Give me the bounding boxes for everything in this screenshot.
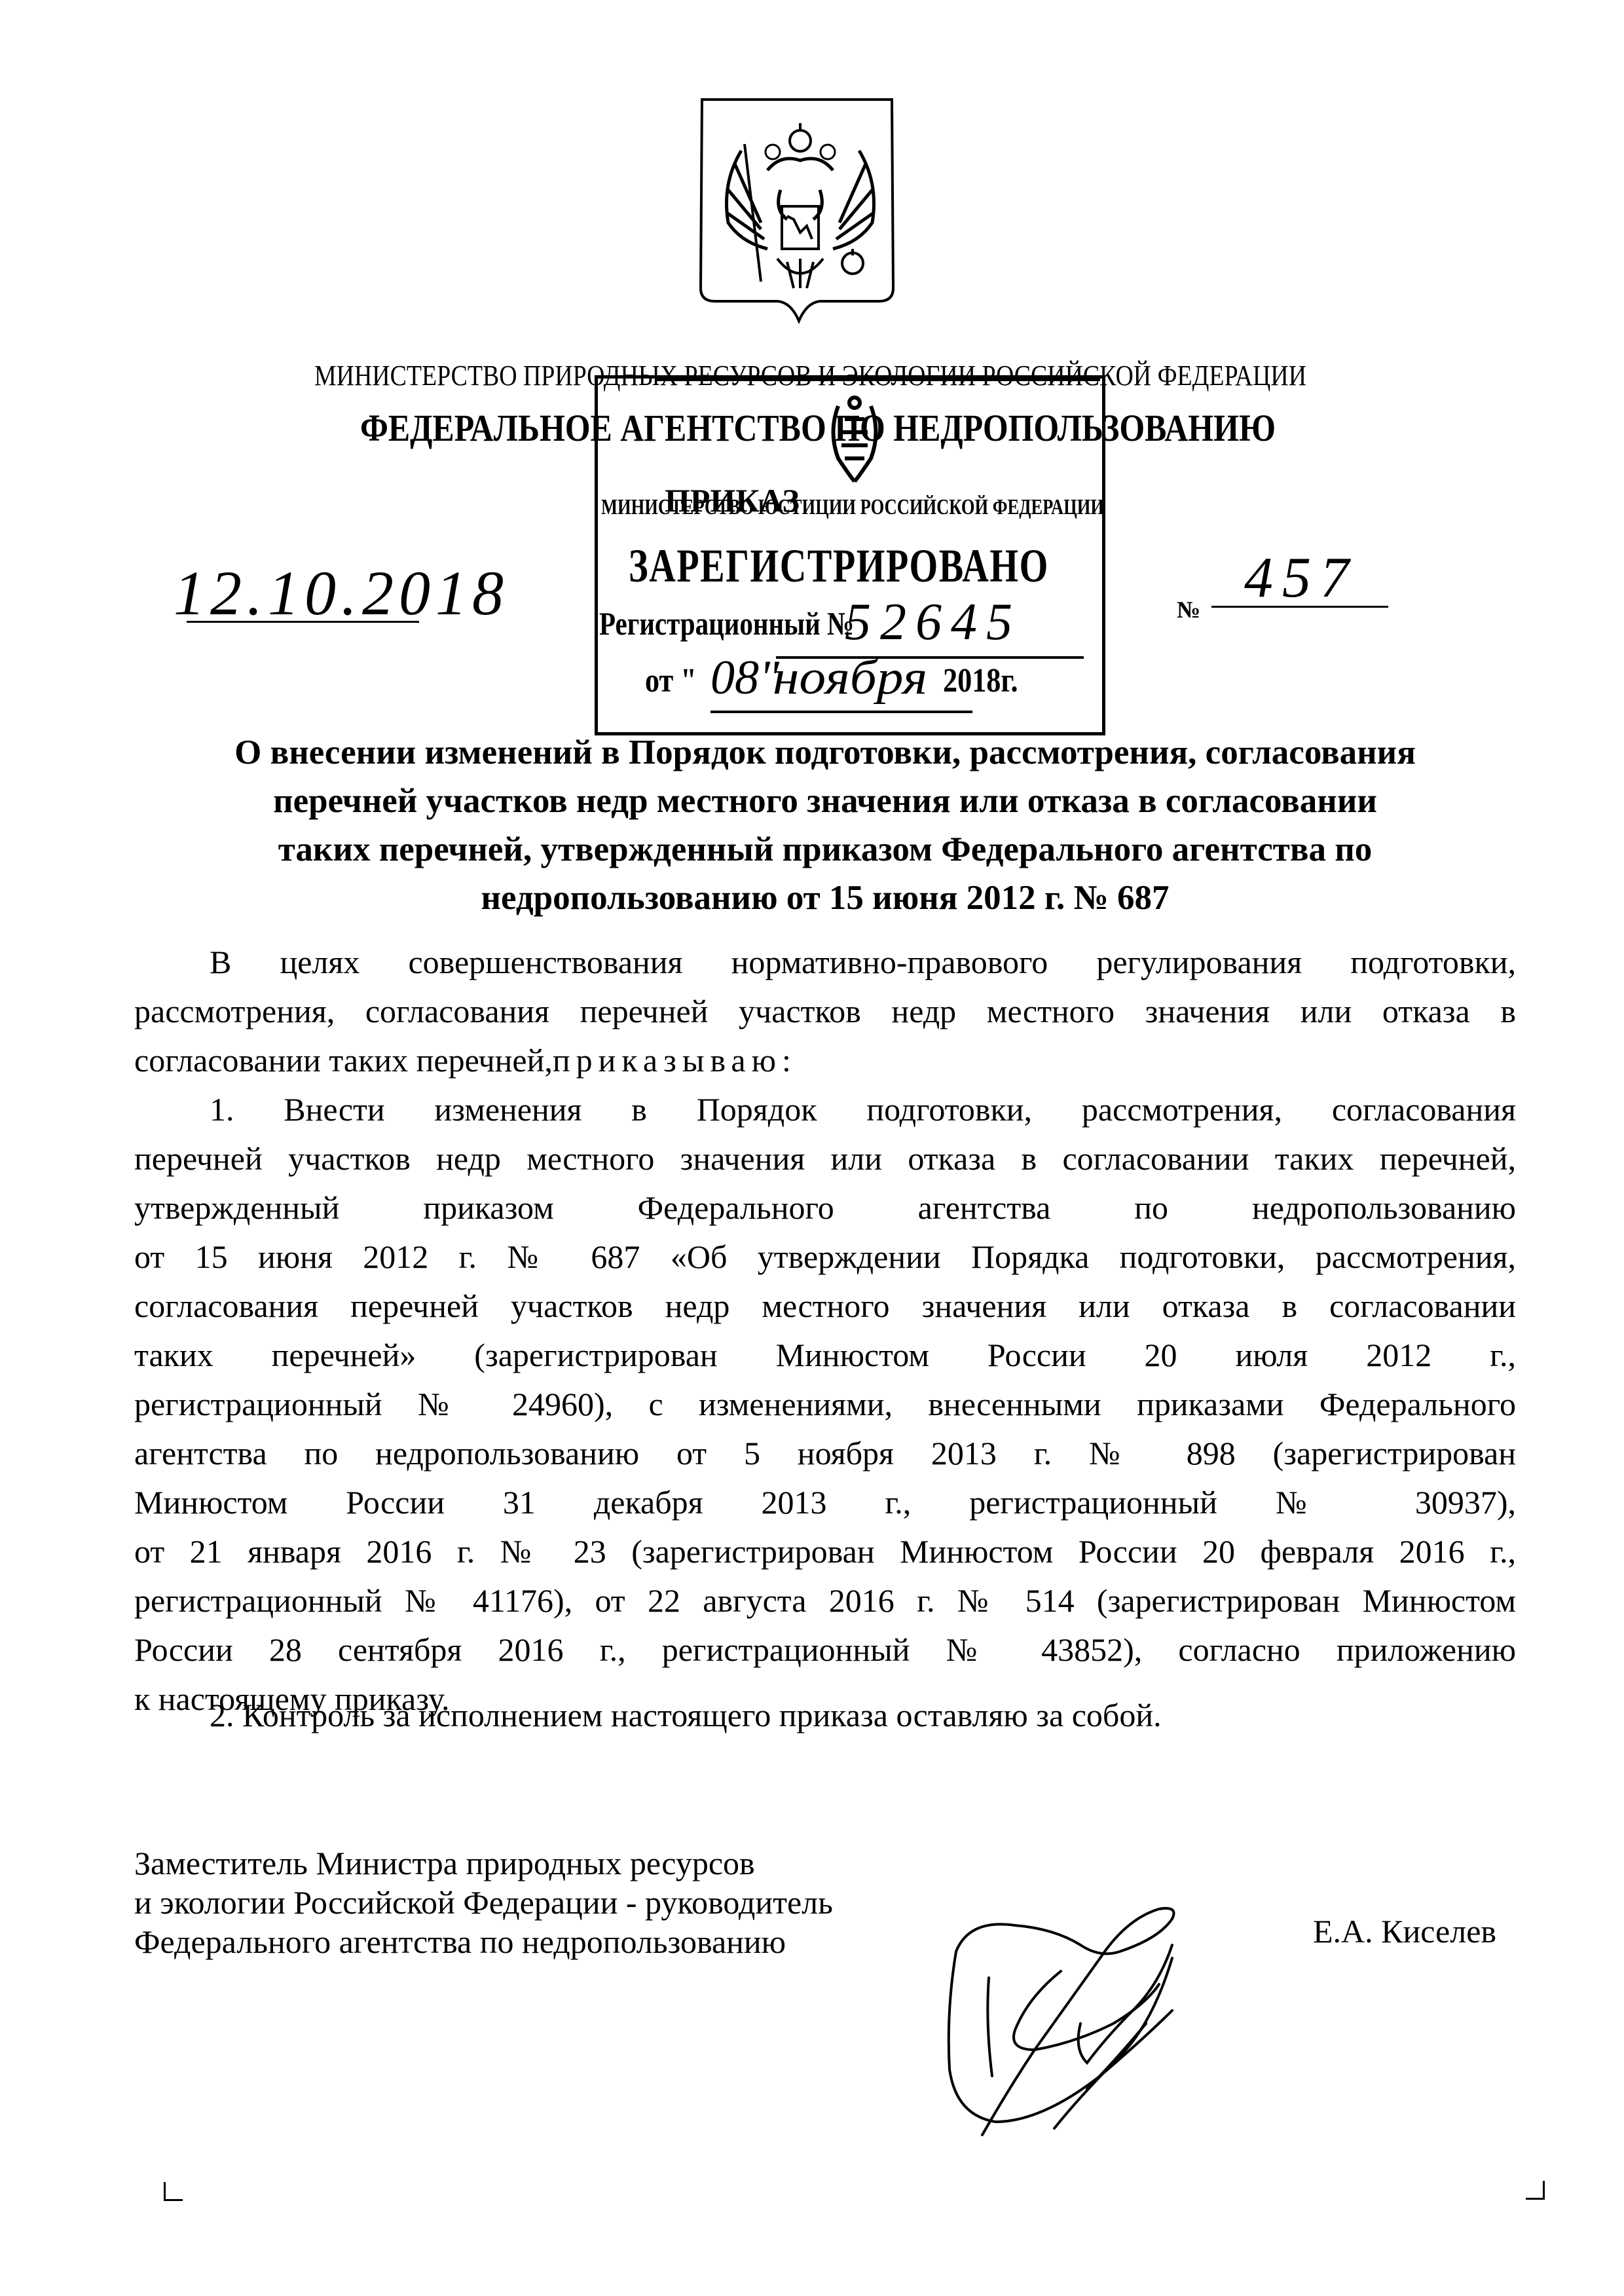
text-line: таких перечней» (зарегистрирован Минюсто… — [134, 1331, 1516, 1380]
text-line: согласования перечней участков недр мест… — [134, 1282, 1516, 1331]
title-line: таких перечней, утвержденный приказом Фе… — [157, 825, 1493, 874]
text-line: 1. Внести изменения в Порядок подготовки… — [134, 1085, 1516, 1134]
stamp-date-prefix: от " — [645, 661, 697, 700]
intro-paragraph: В целях совершенствования нормативно-пра… — [134, 938, 1516, 1085]
text-line: 2. Контроль за исполнением настоящего пр… — [134, 1691, 1516, 1740]
text-line: перечней участков недр местного значения… — [134, 1134, 1516, 1183]
handwritten-signature-icon — [884, 1879, 1382, 2155]
text-line: от 15 июня 2012 г. № 687 «Об утверждении… — [134, 1232, 1516, 1282]
text-line: утвержденный приказом Федерального агент… — [134, 1183, 1516, 1232]
text-line: рассмотрения, согласования перечней учас… — [134, 987, 1516, 1036]
corner-mark-left — [164, 2182, 183, 2201]
text-line: Минюстом России 31 декабря 2013 г., реги… — [134, 1478, 1516, 1527]
coat-of-arms-icon — [695, 92, 905, 327]
position-line: и экологии Российской Федерации - руково… — [134, 1883, 833, 1922]
text-line: регистрационный № 24960), с изменениями,… — [134, 1380, 1516, 1429]
text-line: агентства по недропользованию от 5 ноябр… — [134, 1429, 1516, 1478]
item-2-paragraph: 2. Контроль за исполнением настоящего пр… — [134, 1691, 1516, 1740]
text-line: от 21 января 2016 г. № 23 (зарегистриров… — [134, 1527, 1516, 1576]
document-kind-heading: ПРИКАЗ — [665, 481, 800, 519]
stamp-emblem-icon — [825, 393, 884, 485]
order-date: 12.10.2018 — [174, 557, 509, 629]
position-line: Заместитель Министра природных ресурсов — [134, 1843, 833, 1883]
command-word: приказываю: — [553, 1042, 797, 1079]
order-number-underline — [1211, 606, 1388, 608]
position-line: Федерального агентства по недропользован… — [134, 1922, 833, 1961]
document-title: О внесении изменений в Порядок подготовк… — [157, 728, 1493, 922]
text-line: В целях совершенствования нормативно-пра… — [134, 938, 1516, 987]
title-line: недропользованию от 15 июня 2012 г. № 68… — [157, 874, 1493, 922]
corner-mark-right — [1526, 2181, 1545, 2200]
stamp-date-day: 08" — [710, 650, 779, 706]
order-number-value: 457 — [1244, 545, 1358, 611]
title-line: О внесении изменений в Порядок подготовк… — [157, 728, 1493, 777]
text-line: регистрационный № 41176), от 22 августа … — [134, 1576, 1516, 1625]
item-1-paragraph: 1. Внести изменения в Порядок подготовки… — [134, 1085, 1516, 1724]
signer-position: Заместитель Министра природных ресурсов … — [134, 1843, 833, 1961]
text-fragment: согласовании таких перечней, — [134, 1042, 553, 1079]
stamp-date-month: ноября — [773, 650, 927, 706]
title-line: перечней участков недр местного значения… — [157, 777, 1493, 825]
stamp-date-year: 2018г. — [943, 661, 1018, 700]
order-date-underline — [187, 621, 419, 623]
text-line: России 28 сентября 2016 г., регистрацион… — [134, 1625, 1516, 1675]
stamp-status-label: ЗАРЕГИСТРИРОВАНО — [629, 539, 1049, 593]
text-line: согласовании таких перечней,приказываю: — [134, 1036, 1516, 1085]
order-number-label: № — [1177, 596, 1200, 623]
stamp-regnum-value: 52645 — [779, 593, 1087, 652]
signer-name: Е.А. Киселев — [1313, 1912, 1496, 1950]
stamp-date-underline — [710, 711, 972, 713]
